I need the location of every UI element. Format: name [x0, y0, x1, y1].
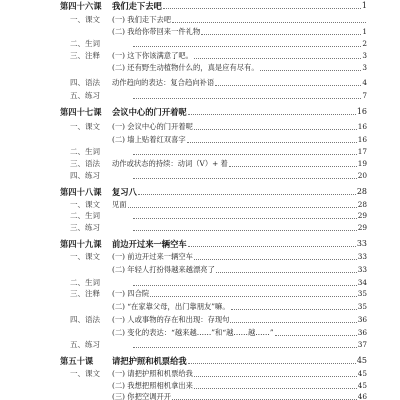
lesson-number: 第四十九课 — [60, 238, 102, 250]
dot-leader — [133, 97, 361, 99]
dot-leader — [133, 153, 357, 155]
dot-leader — [188, 362, 356, 364]
section-label: 一、课文 — [70, 368, 100, 380]
item-title: (二) “在家靠父母，出门靠朋友”嘛。 — [112, 301, 231, 313]
dot-leader — [188, 245, 356, 247]
section-label: 五、练习 — [70, 339, 100, 351]
dot-leader — [194, 57, 361, 59]
dot-leader — [172, 21, 366, 23]
section-label: 三、注释 — [70, 288, 100, 300]
toc-lesson-row[interactable]: 第四十六课 我们走下去吧 1 — [0, 0, 400, 12]
toc-item-row[interactable]: (二) 墙上贴着红双喜字 16 — [0, 134, 400, 146]
lesson-title: 复习八 — [112, 186, 138, 198]
page-number: 29 — [357, 222, 367, 234]
dot-leader — [188, 113, 356, 115]
section-label: 一、课文 — [70, 251, 100, 263]
section-label: 五、练习 — [70, 90, 100, 102]
dot-leader — [150, 295, 357, 297]
section-label: 二、生词 — [70, 38, 100, 50]
item-title: (一) 请把护照和机票给我 — [112, 368, 194, 380]
page-number: 1 — [361, 26, 367, 38]
toc-item-row[interactable]: 一、课文 (一) 请把护照和机票给我 45 — [0, 368, 400, 380]
toc-item-row[interactable]: 四、语法 (一) 人或事物的存在和出现：存现句 36 — [0, 314, 400, 326]
dot-leader — [194, 387, 357, 389]
toc-item-row[interactable]: (二) 变化的表达：“越来越……”和“越……越……” 36 — [0, 327, 400, 339]
section-label: 三、练习 — [70, 222, 100, 234]
toc-item-row[interactable]: 三、注释 (一) 四合院 35 — [0, 288, 400, 300]
page-number: 2 — [361, 38, 367, 50]
toc-item-row[interactable]: 二、生词 29 — [0, 210, 400, 222]
page-number: 17 — [357, 146, 367, 158]
dot-leader — [229, 165, 357, 167]
dot-leader — [163, 7, 361, 9]
page-number: 7 — [361, 90, 367, 102]
section-label: 一、课文 — [70, 121, 100, 133]
item-title: (二) 我给你带回来一件礼物 — [112, 26, 201, 38]
page-number: 19 — [357, 158, 367, 170]
toc-item-row[interactable]: 五、练习 37 — [0, 339, 400, 351]
toc-item-row[interactable]: (二) “在家靠父母，出门靠朋友”嘛。 35 — [0, 301, 400, 313]
toc-item-row[interactable]: 四、练习 20 — [0, 170, 400, 182]
dot-leader — [216, 271, 357, 273]
dot-leader — [201, 33, 361, 35]
dot-leader — [215, 84, 361, 86]
page-number: 36 — [357, 327, 367, 339]
section-label: 四、练习 — [70, 170, 100, 182]
toc-item-row[interactable]: 四、语法 动作趋向的表达：复合趋向补语 4 — [0, 77, 400, 89]
page-number: 35 — [357, 301, 367, 313]
lesson-title: 会议中心的门开着呢 — [112, 106, 188, 118]
dot-leader — [194, 128, 357, 130]
toc-item-row[interactable]: 二、生词 2 — [0, 38, 400, 50]
dot-leader — [194, 375, 357, 377]
dot-leader — [133, 177, 357, 179]
toc-item-row[interactable]: (二) 我给你带回来一件礼物 1 — [0, 26, 400, 38]
toc-lesson-row[interactable]: 第五十课 请把护照和机票给我 45 — [0, 355, 400, 367]
toc-lesson-row[interactable]: 第四十九课 前边开过来一辆空车 33 — [0, 238, 400, 250]
page-number: 20 — [357, 170, 367, 182]
dot-leader — [133, 229, 357, 231]
dot-leader — [230, 321, 356, 323]
page-number: 1 — [361, 0, 367, 12]
toc-item-row[interactable]: 一、课文 (一) 会议中心的门开着呢 16 — [0, 121, 400, 133]
dot-leader — [194, 258, 357, 260]
page-number: 29 — [357, 210, 367, 222]
page-number: 16 — [356, 106, 367, 118]
dot-leader — [133, 45, 361, 47]
lesson-number: 第五十课 — [60, 355, 93, 367]
item-title: (一) 我们走下去吧 — [112, 14, 172, 26]
page-number: 45 — [356, 355, 367, 367]
toc-item-row[interactable]: 三、语法 动作或状态的持续：动词（V）+ 着 19 — [0, 158, 400, 170]
toc-item-row[interactable]: 一、课文 (一) 我们走下去吧 — [0, 14, 400, 26]
item-title: 动作或状态的持续：动词（V）+ 着 — [112, 158, 229, 170]
dot-leader — [260, 69, 362, 71]
item-title: (一) 前边开过来一辆空车 — [112, 251, 194, 263]
section-label: 三、注释 — [70, 50, 100, 62]
section-label: 四、语法 — [70, 314, 100, 326]
page-number: 45 — [357, 368, 367, 380]
toc-lesson-row[interactable]: 第四十七课 会议中心的门开着呢 16 — [0, 106, 400, 118]
dot-leader — [231, 308, 357, 310]
toc-item-row[interactable]: 三、练习 29 — [0, 222, 400, 234]
toc-item-row[interactable]: (二) 年轻人打扮得越来越漂亮了 33 — [0, 264, 400, 276]
dot-leader — [133, 346, 357, 348]
dot-leader — [187, 141, 357, 143]
item-title: (一) 会议中心的门开着呢 — [112, 121, 194, 133]
dot-leader — [133, 217, 357, 219]
toc-item-row[interactable]: 五、练习 7 — [0, 90, 400, 102]
lesson-number: 第四十七课 — [60, 106, 102, 118]
section-label: 四、语法 — [70, 77, 100, 89]
page-number: 16 — [357, 134, 367, 146]
section-label: 三、语法 — [70, 158, 100, 170]
dot-leader — [275, 334, 357, 336]
toc-item-row[interactable]: (二) 还有野生动植物什么的，真是应有尽有。 3 — [0, 62, 400, 74]
toc-item-row[interactable]: 一、课文 (一) 前边开过来一辆空车 33 — [0, 251, 400, 263]
lesson-number: 第四十八课 — [60, 186, 102, 198]
dot-leader — [128, 206, 357, 208]
lesson-number: 第四十六课 — [60, 0, 102, 12]
toc-item-row[interactable]: (三) 你把空调开开 46 — [0, 391, 400, 400]
section-label: 一、课文 — [70, 14, 100, 26]
lesson-title: 请把护照和机票给我 — [112, 355, 188, 367]
toc-item-row[interactable]: 三、注释 (一) 这下你该满意了吧。 3 — [0, 50, 400, 62]
item-title: (三) 你把空调开开 — [112, 391, 172, 400]
lesson-title: 前边开过来一辆空车 — [112, 238, 188, 250]
page-number: 33 — [357, 251, 367, 263]
item-title: (二) 变化的表达：“越来越……”和“越……越……” — [112, 327, 275, 339]
item-title: 动作趋向的表达：复合趋向补语 — [112, 77, 215, 89]
page-number: 16 — [357, 121, 367, 133]
item-title: (二) 年轻人打扮得越来越漂亮了 — [112, 264, 216, 276]
page-number: 33 — [356, 238, 367, 250]
item-title: (一) 这下你该满意了吧。 — [112, 50, 194, 62]
dot-leader — [138, 193, 356, 195]
toc-lesson-row[interactable]: 第四十八课 复习八 28 — [0, 186, 400, 198]
lesson-title: 我们走下去吧 — [112, 0, 163, 12]
page-number: 3 — [361, 50, 367, 62]
page-number: 3 — [361, 62, 367, 74]
item-title: (二) 还有野生动植物什么的，真是应有尽有。 — [112, 62, 260, 74]
page-number: 4 — [361, 77, 367, 89]
section-label: 二、生词 — [70, 210, 100, 222]
dot-leader — [133, 284, 357, 286]
item-title: (一) 四合院 — [112, 288, 150, 300]
page-number: 46 — [357, 391, 367, 400]
item-title: (一) 人或事物的存在和出现：存现句 — [112, 314, 230, 326]
section-label: 二、生词 — [70, 146, 100, 158]
page-number: 33 — [357, 264, 367, 276]
page-number: 36 — [357, 314, 367, 326]
page-number: 35 — [357, 288, 367, 300]
page-number: 28 — [356, 186, 367, 198]
page-number: 37 — [357, 339, 367, 351]
toc-item-row[interactable]: 二、生词 17 — [0, 146, 400, 158]
item-title: (二) 墙上贴着红双喜字 — [112, 134, 187, 146]
